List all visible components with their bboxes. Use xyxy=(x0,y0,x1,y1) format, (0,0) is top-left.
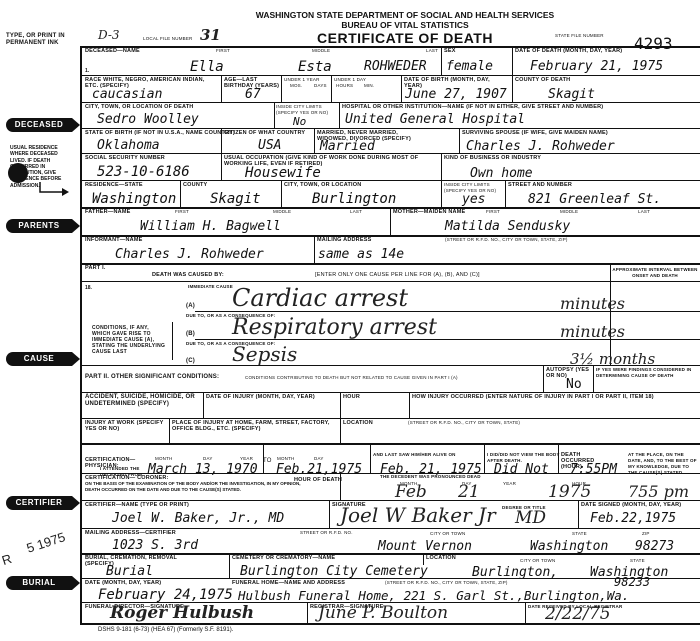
local-file-label: LOCAL FILE NUMBER xyxy=(143,36,193,42)
informant-label: INFORMANT—NAME xyxy=(85,237,143,243)
last-label: LAST xyxy=(426,48,438,54)
cause-b: Respiratory arrest xyxy=(232,315,437,340)
item-number: 1. xyxy=(85,68,89,74)
informant-address-hint: (STREET OR R.F.D. NO., CITY OR TOWN, STA… xyxy=(445,237,568,243)
divider xyxy=(512,46,513,102)
county-label: COUNTY OF DEATH xyxy=(515,77,570,83)
cause-c-label: (c) xyxy=(186,358,195,364)
divider xyxy=(180,180,181,207)
res-county: Skagit xyxy=(210,192,261,206)
marital-value: Married xyxy=(320,140,375,154)
injury-date-label: DATE OF INJURY (MONTH, DAY, YEAR) xyxy=(206,394,315,400)
coroner-text: ON THE BASIS OF THE EXAMINATION OF THE B… xyxy=(85,481,315,493)
pronounced-day: 21 xyxy=(458,482,480,502)
middle-name: Esta xyxy=(298,60,332,74)
hour-label: HOUR xyxy=(343,394,360,400)
informant-name: Charles J. Rohweder xyxy=(115,248,264,262)
arrow-icon xyxy=(38,182,70,198)
divider xyxy=(505,180,506,207)
tab-deceased: DECEASED xyxy=(6,118,72,132)
punch-hole xyxy=(8,163,28,183)
mother-first-label: FIRST xyxy=(486,209,500,215)
divider xyxy=(331,75,332,102)
date-of-death-label: DATE OF DEATH (MONTH, DAY, YEAR) xyxy=(515,48,622,54)
hours-label: HOURS xyxy=(336,83,353,89)
mother-last-label: LAST xyxy=(638,209,650,215)
location-hint: (STREET OR R.F.D. NO., CITY OR TOWN, STA… xyxy=(408,420,520,426)
divider xyxy=(80,281,700,282)
county-value: Skagit xyxy=(548,88,595,102)
certifier-state: Washington xyxy=(530,540,608,554)
stamp-prefix: R xyxy=(0,551,13,568)
divider xyxy=(80,102,700,103)
occupation-value: Housewife xyxy=(245,166,321,180)
interval-label: APPROXIMATE INTERVAL BETWEEN ONSET AND D… xyxy=(612,267,698,279)
divider xyxy=(307,602,308,623)
pron-year-label: YEAR xyxy=(503,481,516,487)
hour-of-death-label: HOUR OF DEATH xyxy=(294,477,342,483)
certifier-name-label: CERTIFIER—NAME (TYPE OR PRINT) xyxy=(85,502,189,508)
mailing-label: MAILING ADDRESS—CERTIFIER xyxy=(85,530,176,536)
divider xyxy=(281,75,282,102)
tab-parents: PARENTS xyxy=(6,219,72,233)
name-label: DECEASED—NAME xyxy=(85,48,140,54)
divider xyxy=(221,128,222,153)
part2-hint: CONDITIONS CONTRIBUTING TO DEATH BUT NOT… xyxy=(245,375,458,381)
res-city-label: CITY, TOWN, OR LOCATION xyxy=(284,182,361,188)
divider xyxy=(281,180,282,207)
business-value: Own home xyxy=(470,167,533,181)
divider xyxy=(274,102,275,128)
divider xyxy=(459,128,460,153)
attended-to: Feb.21,1975 xyxy=(276,463,362,477)
first-label: FIRST xyxy=(216,48,230,54)
certifier-zip: 98273 xyxy=(635,540,674,554)
date-signed: Feb.22,1975 xyxy=(590,512,676,526)
informant-address-label: MAILING ADDRESS xyxy=(317,237,371,243)
to-label: TO xyxy=(263,458,272,464)
divider xyxy=(340,473,341,500)
cause-b-label: (b) xyxy=(186,331,195,337)
state-file-number: 4293 xyxy=(634,37,673,51)
spouse-label: SURVIVING SPOUSE (IF WIFE, GIVE MAIDEN N… xyxy=(462,130,608,136)
accident-label: ACCIDENT, SUICIDE, HOMICIDE, OR UNDETERM… xyxy=(85,394,205,408)
certifier-name: Joel W. Baker, Jr., MD xyxy=(112,512,284,526)
stamp-year: 5 1975 xyxy=(25,529,67,556)
one-cause-label: [ENTER ONLY ONE CAUSE PER LINE FOR (a), … xyxy=(315,272,480,278)
sex-value: female xyxy=(446,60,493,74)
burial-city-label: CITY OR TOWN xyxy=(520,558,555,564)
at-work-label: INJURY AT WORK (SPECIFY YES OR NO) xyxy=(85,420,165,432)
mos-label: MOS. xyxy=(290,83,302,89)
cause-c: Sepsis xyxy=(232,342,297,366)
certifier-state-label: STATE xyxy=(572,531,587,537)
inside-city-value: No xyxy=(293,115,306,129)
sex-label: SEX xyxy=(444,48,456,54)
divider xyxy=(441,180,442,207)
hospital-label: HOSPITAL OR OTHER INSTITUTION—NAME (IF N… xyxy=(342,104,603,110)
days-label: DAYS xyxy=(314,83,327,89)
divider xyxy=(80,500,700,501)
certifier-city: Mount Vernon xyxy=(378,540,472,554)
divider xyxy=(80,443,700,445)
spouse-value: Charles J. Rohweder xyxy=(466,140,615,154)
divider xyxy=(80,528,700,529)
occurred-value: 7:55PM xyxy=(570,463,617,477)
tab-certifier: CERTIFIER xyxy=(6,496,72,510)
burial-date: February 24,1975 xyxy=(98,588,233,602)
divider xyxy=(409,392,410,418)
divider xyxy=(339,102,340,128)
cemetery-label: CEMETERY OR CREMATORY—NAME xyxy=(232,555,335,561)
location-label: LOCATION xyxy=(343,420,373,426)
date-of-death: February 21, 1975 xyxy=(530,60,663,74)
local-file-number: 31 xyxy=(200,26,221,44)
mother-name: Matilda Sendusky xyxy=(445,220,570,234)
divider xyxy=(390,207,391,235)
tab-burial: BURIAL xyxy=(6,576,72,590)
part2-label: PART II. OTHER SIGNIFICANT CONDITIONS: xyxy=(85,374,219,380)
burial-location-label: LOCATION xyxy=(426,555,456,561)
father-first-label: FIRST xyxy=(175,209,189,215)
father-label: FATHER—NAME xyxy=(85,209,131,215)
last-name: ROHWEDER xyxy=(364,60,427,74)
department-title: WASHINGTON STATE DEPARTMENT OF SOCIAL AN… xyxy=(0,10,700,20)
divider xyxy=(80,418,700,419)
divider xyxy=(314,235,315,263)
father-middle-label: MIDDLE xyxy=(273,209,291,215)
pronounced-month: Feb xyxy=(395,482,427,502)
funeral-home-hint: (STREET OR R.F.D. NO., CITY OR TOWN, STA… xyxy=(385,580,508,586)
city-of-death: Sedro Woolley xyxy=(97,113,199,127)
divider xyxy=(543,365,544,392)
business-label: KIND OF BUSINESS OR INDUSTRY xyxy=(444,155,541,161)
father-last-label: LAST xyxy=(350,209,362,215)
part1-label: PART I. xyxy=(85,265,106,271)
ssn-value: 523-10-6186 xyxy=(97,165,190,179)
divider xyxy=(441,46,442,75)
divider xyxy=(80,235,700,237)
divider xyxy=(80,128,700,129)
place-label: PLACE OF INJURY AT HOME, FARM, STREET, F… xyxy=(172,420,337,432)
findings-label: IF YES WERE FINDINGS CONSIDERED IN DETER… xyxy=(596,367,698,379)
divider xyxy=(423,553,424,565)
pronounced-hour: 755 pm xyxy=(628,482,689,501)
city-of-death-label: CITY, TOWN, OR LOCATION OF DEATH xyxy=(85,104,193,110)
divider xyxy=(169,418,170,443)
divider xyxy=(80,392,700,393)
immediate-label: IMMEDIATE CAUSE xyxy=(188,284,233,290)
first-name: Ella xyxy=(190,60,224,74)
divider xyxy=(221,75,222,102)
citizen-label: CITIZEN OF WHAT COUNTRY xyxy=(224,130,305,136)
hospital-value: United General Hospital xyxy=(345,113,525,127)
view-value: Did Not xyxy=(494,463,549,477)
item-number: 18. xyxy=(85,285,92,291)
cause-a-label: (a) xyxy=(186,303,195,309)
mother-label: MOTHER—MAIDEN NAME xyxy=(393,209,465,215)
certifier-zip-label: ZIP xyxy=(642,531,650,537)
divider xyxy=(329,500,330,528)
ink-note-2: PERMANENT INK xyxy=(6,40,59,46)
mother-middle-label: MIDDLE xyxy=(560,209,578,215)
divider xyxy=(80,180,700,181)
divider xyxy=(314,128,315,153)
tab-cause: CAUSE xyxy=(6,352,72,366)
divider xyxy=(221,153,222,180)
divider xyxy=(229,553,230,578)
ink-note-1: TYPE, OR PRINT IN xyxy=(6,33,65,39)
conditions-note: CONDITIONS, IF ANY, WHICH GAVE RISE TO I… xyxy=(92,325,166,355)
pronounced-label: THE DECEDENT WAS PRONOUNCED DEAD xyxy=(380,474,481,480)
divider xyxy=(593,365,594,392)
divider xyxy=(195,339,700,340)
inside-city-label: INSIDE CITY LIMITS (SPECIFY YES OR NO) xyxy=(276,104,338,116)
divider xyxy=(484,443,485,473)
funeral-home-label: FUNERAL HOME—NAME AND ADDRESS xyxy=(232,580,345,586)
burial-date-label: DATE (MONTH, DAY, YEAR) xyxy=(85,580,161,586)
divider xyxy=(578,500,579,528)
certifier-signature: Joel W Baker Jr xyxy=(340,503,496,527)
date-signed-label: DATE SIGNED (MONTH, DAY, YEAR) xyxy=(581,502,681,508)
cemetery: Burlington City Cemetery xyxy=(240,565,428,579)
res-inside: yes xyxy=(462,193,485,207)
divider xyxy=(80,263,700,265)
divider xyxy=(558,443,559,473)
divider xyxy=(80,365,700,366)
burial-state-label: STATE xyxy=(630,558,645,564)
divider xyxy=(80,578,700,579)
frame-left xyxy=(80,46,82,624)
pronounced-year: 1975 xyxy=(548,482,591,502)
certifier-degree: MD xyxy=(515,508,546,528)
caused-by-label: DEATH WAS CAUSED BY: xyxy=(152,272,224,278)
certifier-city-label: CITY OR TOWN xyxy=(430,531,465,537)
divider xyxy=(80,75,700,76)
divider xyxy=(80,153,700,154)
res-state: Washington xyxy=(92,192,176,206)
cause-a: Cardiac arrest xyxy=(232,284,408,312)
received-date: 2/22/75 xyxy=(545,604,611,624)
how-injury-label: HOW INJURY OCCURRED (ENTER NATURE OF INJ… xyxy=(412,394,654,400)
street-label: STREET OR R.F.D. NO. xyxy=(300,530,353,536)
registrar-signature: June P. Boulton xyxy=(318,603,448,623)
certifier-street: 1023 S. 3rd xyxy=(112,539,198,553)
last-saw-label: AND LAST SAW HIM/HER ALIVE ON xyxy=(373,452,456,458)
res-city: Burlington xyxy=(312,192,396,206)
divider xyxy=(195,311,700,312)
autopsy-value: No xyxy=(566,378,582,392)
divider xyxy=(370,443,371,473)
informant-address: same as 14e xyxy=(318,248,404,262)
divider xyxy=(401,75,402,102)
brace xyxy=(172,322,176,360)
disposition: Burial xyxy=(106,565,153,579)
divider xyxy=(525,602,526,623)
form-id: DSHS 9-181 (6-73) (HEA 67) (Formerly S.F… xyxy=(98,627,233,633)
middle-label: MIDDLE xyxy=(312,48,330,54)
citizen-value: USA xyxy=(258,139,281,153)
father-name: William H. Bagwell xyxy=(140,220,281,234)
divider xyxy=(340,392,341,418)
birth-state-label: STATE OF BIRTH (IF NOT IN U.S.A., NAME C… xyxy=(85,130,235,136)
divider xyxy=(340,418,341,443)
min-label: MIN. xyxy=(364,83,374,89)
race-value: caucasian xyxy=(92,88,162,102)
dob-value: June 27, 1907 xyxy=(405,88,507,102)
director-signature: Roger Hulbush xyxy=(110,603,254,623)
funeral-home: Hulbush Funeral Home, 221 S. Garl St.,Bu… xyxy=(238,589,629,603)
birth-state: Oklahoma xyxy=(97,139,160,153)
res-street: 821 Greenleaf St. xyxy=(528,193,661,207)
res-street-label: STREET AND NUMBER xyxy=(508,182,572,188)
state-file-label: STATE FILE NUMBER xyxy=(555,33,604,39)
district-number: D-3 xyxy=(98,28,120,42)
res-county-label: COUNTY xyxy=(183,182,207,188)
age-value: 67 xyxy=(245,88,261,102)
divider xyxy=(441,153,442,180)
res-state-label: RESIDENCE—STATE xyxy=(85,182,143,188)
ssn-label: SOCIAL SECURITY NUMBER xyxy=(85,155,165,161)
divider xyxy=(203,392,204,418)
